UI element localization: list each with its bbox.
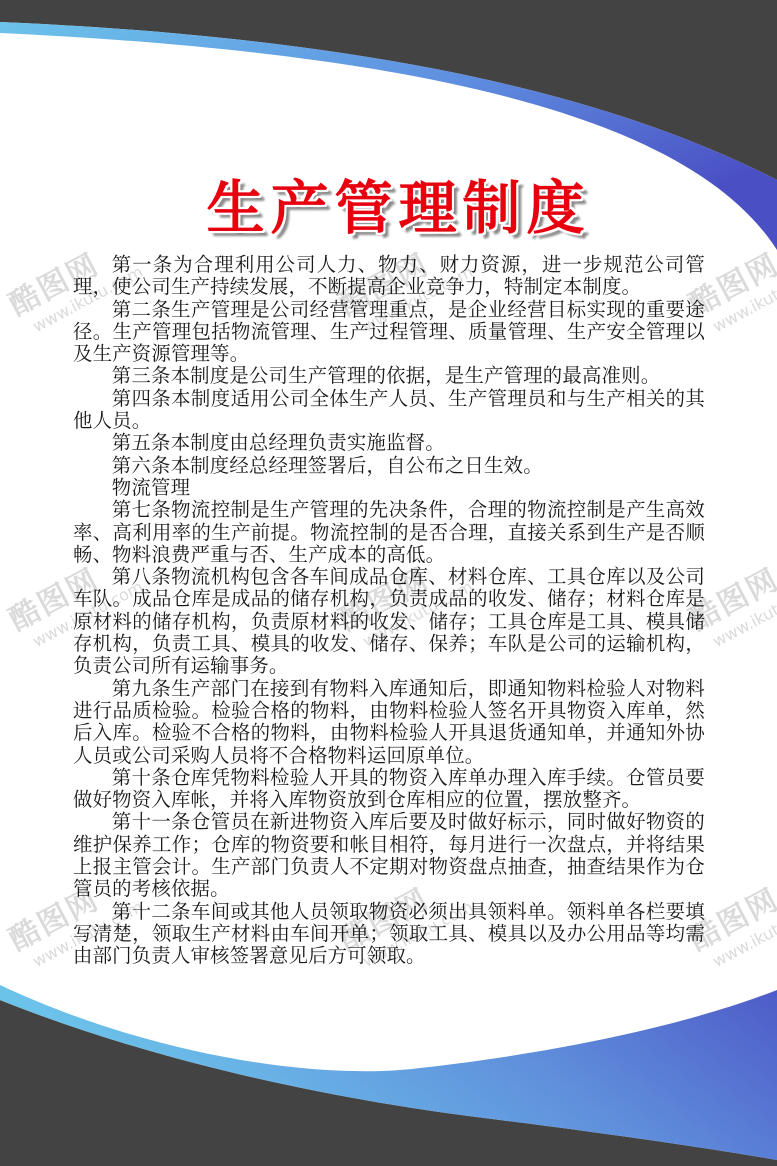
article-9: 第九条生产部门在接到有物料入库通知后，即通知物料检验人对物料进行品质检验。检验合…	[73, 678, 705, 767]
article-4: 第四条本制度适用公司全体生产人员、生产管理员和与生产相关的其他人员。	[73, 388, 705, 433]
section-heading-logistics: 物流管理	[73, 477, 705, 499]
poster: 酷图网 www.ikutu.com 酷图网 www.ikutu.com 酷图网 …	[0, 0, 777, 1166]
regulation-body: 第一条为合理利用公司人力、物力、财力资源，进一步规范公司管理，使公司生产持续发展…	[73, 254, 705, 968]
article-6: 第六条本制度经总经理签署后，自公布之日生效。	[73, 455, 705, 477]
article-3: 第三条本制度是公司生产管理的依据，是生产管理的最高准则。	[73, 365, 705, 387]
poster-title: 生产管理制度	[0, 161, 777, 245]
article-1: 第一条为合理利用公司人力、物力、财力资源，进一步规范公司管理，使公司生产持续发展…	[73, 254, 705, 299]
article-12: 第十二条车间或其他人员领取物资必须出具领料单。领料单各栏要填写清楚，领取生产材料…	[73, 901, 705, 968]
article-5: 第五条本制度由总经理负责实施监督。	[73, 432, 705, 454]
article-11: 第十一条仓管员在新进物资入库后要及时做好标示，同时做好物资的维护保养工作；仓库的…	[73, 811, 705, 900]
article-2: 第二条生产管理是公司经营管理重点，是企业经营目标实现的重要途径。生产管理包括物流…	[73, 299, 705, 366]
article-7: 第七条物流控制是生产管理的先决条件，合理的物流控制是产生高效率、高利用率的生产前…	[73, 499, 705, 566]
article-10: 第十条仓库凭物料检验人开具的物资入库单办理入库手续。仓管员要做好物资入库帐，并将…	[73, 767, 705, 812]
article-8: 第八条物流机构包含各车间成品仓库、材料仓库、工具仓库以及公司车队。成品仓库是成品…	[73, 566, 705, 677]
top-dark-band	[0, 0, 777, 180]
